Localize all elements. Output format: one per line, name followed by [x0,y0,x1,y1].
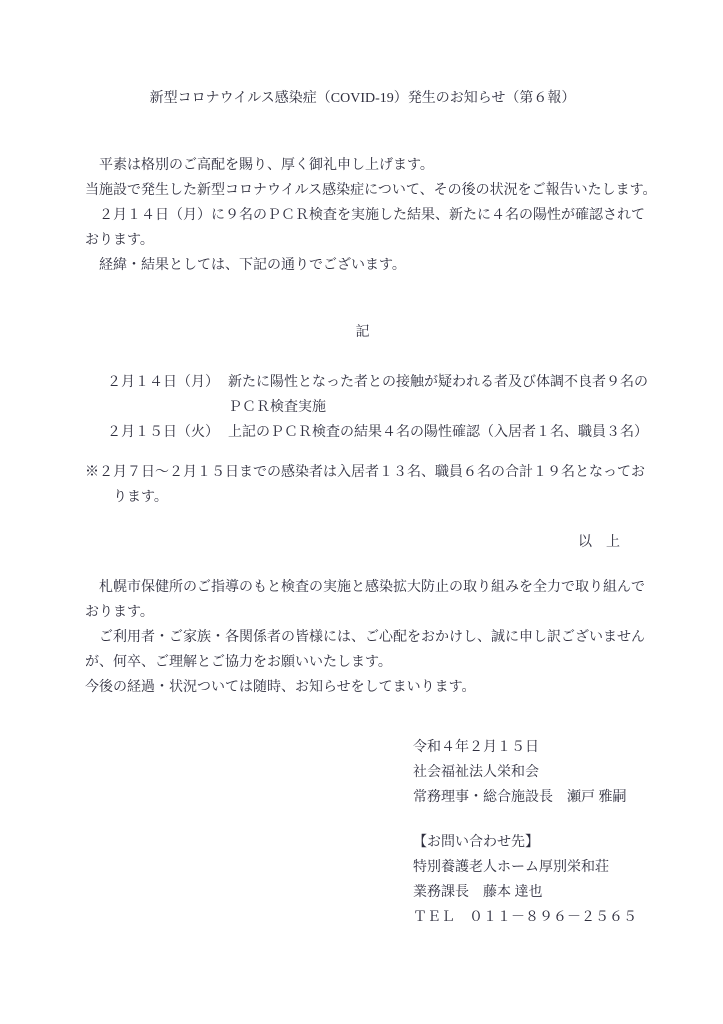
signature-organization: 社会福祉法人栄和会 [413,760,640,785]
intro-line: 経緯・結果としては、下記の通りでございます。 [85,253,640,278]
closing-line: ご利用者・ご家族・各関係者の皆様には、ご心配をおかけし、誠に申し訳ございません [85,625,640,650]
document-page: 新型コロナウイルス感染症（COVID-19）発生のお知らせ（第６報） 平素は格別… [0,0,723,1024]
intro-line: おります。 [85,228,640,253]
timeline-description-line: 上記のＰＣＲ検査の結果４名の陽性確認（入居者１名、職員３名） [228,420,648,445]
closing-line: が、何卒、ご理解とご協力をお願いいたします。 [85,650,640,675]
record-heading: 記 [85,320,640,345]
closing-mark: 以 上 [85,530,640,555]
intro-line: ２月１４日（月）に９名のＰＣＲ検査を実施した結果、新たに４名の陽性が確認されて [85,203,640,228]
signature-date: 令和４年２月１５日 [413,735,640,760]
contact-heading: 【お問い合わせ先】 [413,830,640,855]
contact-facility: 特別養護老人ホーム厚別栄和荘 [413,855,640,880]
document-title: 新型コロナウイルス感染症（COVID-19）発生のお知らせ（第６報） [85,86,640,111]
closing-line: おります。 [85,600,640,625]
timeline-row: ２月１４日（月） 新たに陽性となった者との接触が疑われる者及び体調不良者９名の … [85,370,640,420]
timeline-date: ２月１５日（火） [85,420,228,445]
intro-line: 当施設で発生した新型コロナウイルス感染症について、その後の状況をご報告いたします… [85,178,640,203]
timeline-row: ２月１５日（火） 上記のＰＣＲ検査の結果４名の陽性確認（入居者１名、職員３名） [85,420,640,445]
closing-paragraph: 札幌市保健所のご指導のもと検査の実施と感染拡大防止の取り組みを全力で取り組んで … [85,575,640,700]
note-line: ります。 [85,485,640,510]
contact-person: 業務課長 藤本 達也 [413,880,640,905]
contact-tel: ＴＥＬ ０１１－８９６－２５６５ [413,905,640,930]
timeline-date: ２月１４日（月） [85,370,228,420]
signature-representative: 常務理事・総合施設長 瀬戸 雅嗣 [413,785,640,810]
intro-paragraph: 平素は格別のご高配を賜り、厚く御礼申し上げます。 当施設で発生した新型コロナウイ… [85,153,640,278]
note-paragraph: ※２月７日～２月１５日までの感染者は入居者１３名、職員６名の合計１９名となってお… [85,460,640,510]
signature-block: 令和４年２月１５日 社会福祉法人栄和会 常務理事・総合施設長 瀬戸 雅嗣 [413,735,640,810]
closing-line: 今後の経過・状況ついては随時、お知らせをしてまいります。 [85,675,640,700]
timeline-description-line: ＰＣＲ検査実施 [228,395,648,420]
note-line: ※２月７日～２月１５日までの感染者は入居者１３名、職員６名の合計１９名となってお [85,460,640,485]
closing-line: 札幌市保健所のご指導のもと検査の実施と感染拡大防止の取り組みを全力で取り組んで [85,575,640,600]
contact-block: 【お問い合わせ先】 特別養護老人ホーム厚別栄和荘 業務課長 藤本 達也 ＴＥＬ … [413,830,640,930]
intro-line: 平素は格別のご高配を賜り、厚く御礼申し上げます。 [85,153,640,178]
timeline-description-line: 新たに陽性となった者との接触が疑われる者及び体調不良者９名の [228,370,648,395]
timeline-description: 新たに陽性となった者との接触が疑われる者及び体調不良者９名の ＰＣＲ検査実施 [228,370,648,420]
timeline-description: 上記のＰＣＲ検査の結果４名の陽性確認（入居者１名、職員３名） [228,420,648,445]
timeline: ２月１４日（月） 新たに陽性となった者との接触が疑われる者及び体調不良者９名の … [85,370,640,445]
